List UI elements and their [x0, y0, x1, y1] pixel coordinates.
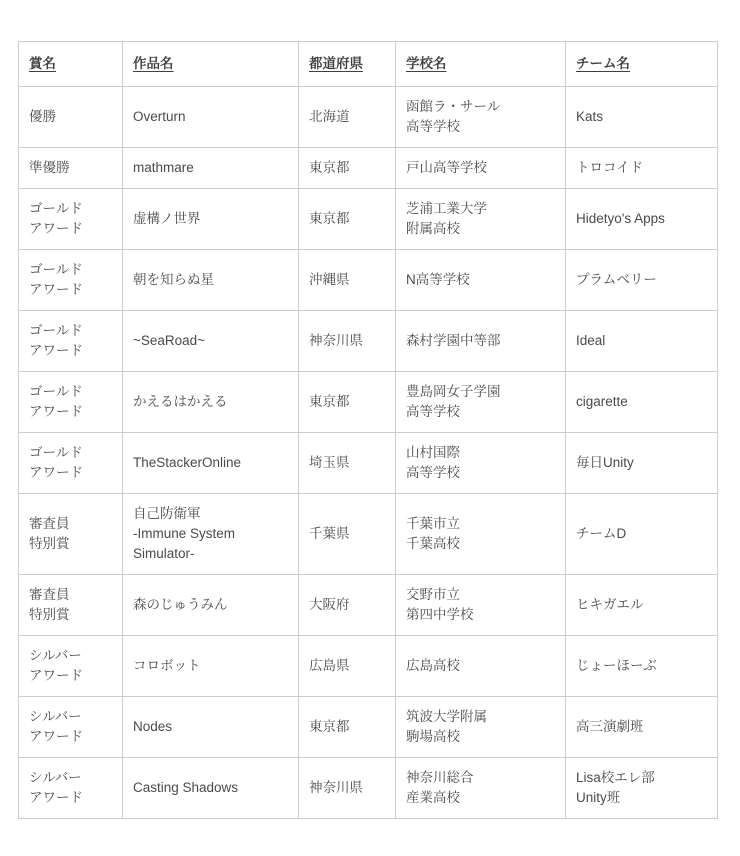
work-cell: 自己防衛軍 -Immune System Simulator-	[123, 494, 299, 575]
work-cell: 朝を知らぬ星	[123, 250, 299, 311]
team-cell: Hidetyo's Apps	[566, 189, 718, 250]
award-cell: 準優勝	[19, 148, 123, 189]
table-row: シルバー アワードCasting Shadows神奈川県神奈川総合 産業高校Li…	[19, 758, 718, 819]
team-cell: プラムベリー	[566, 250, 718, 311]
award-cell: シルバー アワード	[19, 697, 123, 758]
award-cell: ゴールド アワード	[19, 433, 123, 494]
work-cell: Casting Shadows	[123, 758, 299, 819]
table-row: シルバー アワードNodes東京都筑波大学附属 駒場高校高三演劇班	[19, 697, 718, 758]
work-cell: Nodes	[123, 697, 299, 758]
results-table: 賞名作品名都道府県学校名チーム名 優勝Overturn北海道函館ラ・サール 高等…	[18, 41, 718, 819]
team-cell: cigarette	[566, 372, 718, 433]
prefecture-cell: 大阪府	[299, 575, 396, 636]
results-table-body: 優勝Overturn北海道函館ラ・サール 高等学校Kats準優勝mathmare…	[19, 87, 718, 819]
team-cell: チームD	[566, 494, 718, 575]
column-header-prefecture: 都道府県	[299, 42, 396, 87]
team-cell: ヒキガエル	[566, 575, 718, 636]
work-cell: TheStackerOnline	[123, 433, 299, 494]
column-header-award: 賞名	[19, 42, 123, 87]
team-cell: Kats	[566, 87, 718, 148]
table-row: ゴールド アワードかえるはかえる東京都豊島岡女子学園 高等学校cigarette	[19, 372, 718, 433]
school-cell: 森村学園中等部	[396, 311, 566, 372]
school-cell: 筑波大学附属 駒場高校	[396, 697, 566, 758]
page: { "colors": { "background": "#ffffff", "…	[0, 0, 740, 856]
prefecture-cell: 千葉県	[299, 494, 396, 575]
prefecture-cell: 東京都	[299, 372, 396, 433]
column-header-work: 作品名	[123, 42, 299, 87]
prefecture-cell: 東京都	[299, 189, 396, 250]
page-content: 賞名作品名都道府県学校名チーム名 優勝Overturn北海道函館ラ・サール 高等…	[0, 0, 740, 819]
school-cell: 神奈川総合 産業高校	[396, 758, 566, 819]
prefecture-cell: 沖縄県	[299, 250, 396, 311]
prefecture-cell: 北海道	[299, 87, 396, 148]
award-cell: シルバー アワード	[19, 758, 123, 819]
school-cell: N高等学校	[396, 250, 566, 311]
school-cell: 豊島岡女子学園 高等学校	[396, 372, 566, 433]
school-cell: 函館ラ・サール 高等学校	[396, 87, 566, 148]
table-row: ゴールド アワード虚構ノ世界東京都芝浦工業大学 附属高校Hidetyo's Ap…	[19, 189, 718, 250]
school-cell: 戸山高等学校	[396, 148, 566, 189]
prefecture-cell: 東京都	[299, 148, 396, 189]
prefecture-cell: 埼玉県	[299, 433, 396, 494]
award-cell: ゴールド アワード	[19, 311, 123, 372]
work-cell: ~SeaRoad~	[123, 311, 299, 372]
award-cell: ゴールド アワード	[19, 189, 123, 250]
team-cell: Ideal	[566, 311, 718, 372]
table-row: 優勝Overturn北海道函館ラ・サール 高等学校Kats	[19, 87, 718, 148]
prefecture-cell: 東京都	[299, 697, 396, 758]
award-cell: 優勝	[19, 87, 123, 148]
school-cell: 山村国際 高等学校	[396, 433, 566, 494]
work-cell: コロボット	[123, 636, 299, 697]
table-row: ゴールド アワード~SeaRoad~神奈川県森村学園中等部Ideal	[19, 311, 718, 372]
school-cell: 千葉市立 千葉高校	[396, 494, 566, 575]
award-cell: 審査員 特別賞	[19, 494, 123, 575]
table-row: 準優勝mathmare東京都戸山高等学校トロコイド	[19, 148, 718, 189]
table-row: 審査員 特別賞自己防衛軍 -Immune System Simulator-千葉…	[19, 494, 718, 575]
column-header-school: 学校名	[396, 42, 566, 87]
work-cell: かえるはかえる	[123, 372, 299, 433]
table-row: ゴールド アワード朝を知らぬ星沖縄県N高等学校プラムベリー	[19, 250, 718, 311]
team-cell: トロコイド	[566, 148, 718, 189]
school-cell: 広島高校	[396, 636, 566, 697]
table-row: 審査員 特別賞森のじゅうみん大阪府交野市立 第四中学校ヒキガエル	[19, 575, 718, 636]
table-header-row: 賞名作品名都道府県学校名チーム名	[19, 42, 718, 87]
table-row: シルバー アワードコロボット広島県広島高校じょーほーぶ	[19, 636, 718, 697]
work-cell: mathmare	[123, 148, 299, 189]
award-cell: ゴールド アワード	[19, 250, 123, 311]
team-cell: 高三演劇班	[566, 697, 718, 758]
work-cell: 森のじゅうみん	[123, 575, 299, 636]
prefecture-cell: 神奈川県	[299, 311, 396, 372]
team-cell: Lisa校エレ部 Unity班	[566, 758, 718, 819]
table-row: ゴールド アワードTheStackerOnline埼玉県山村国際 高等学校毎日U…	[19, 433, 718, 494]
prefecture-cell: 神奈川県	[299, 758, 396, 819]
school-cell: 交野市立 第四中学校	[396, 575, 566, 636]
school-cell: 芝浦工業大学 附属高校	[396, 189, 566, 250]
team-cell: じょーほーぶ	[566, 636, 718, 697]
team-cell: 毎日Unity	[566, 433, 718, 494]
award-cell: シルバー アワード	[19, 636, 123, 697]
work-cell: Overturn	[123, 87, 299, 148]
award-cell: ゴールド アワード	[19, 372, 123, 433]
column-header-team: チーム名	[566, 42, 718, 87]
work-cell: 虚構ノ世界	[123, 189, 299, 250]
prefecture-cell: 広島県	[299, 636, 396, 697]
award-cell: 審査員 特別賞	[19, 575, 123, 636]
